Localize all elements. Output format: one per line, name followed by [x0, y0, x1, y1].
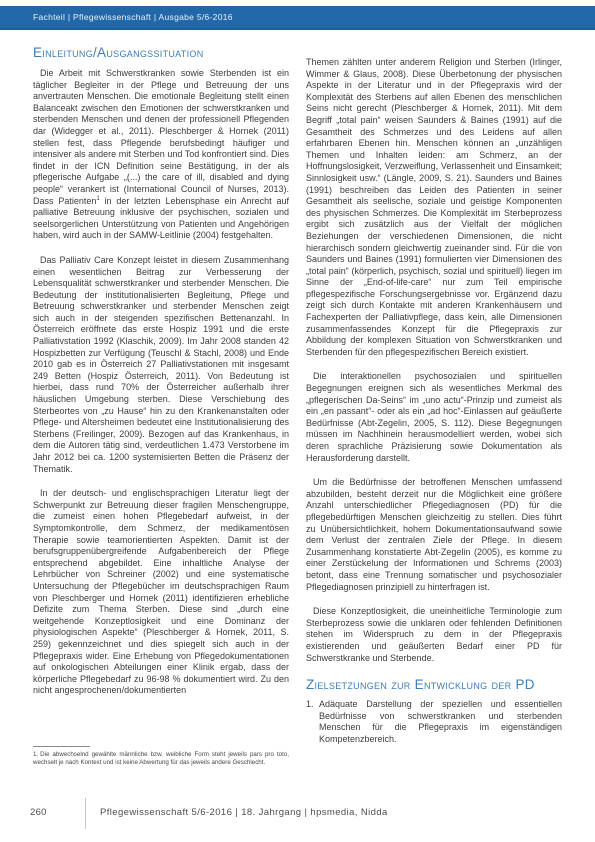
page-number: 260	[30, 807, 47, 818]
footnote: 1.Die abwechselnd gewählte männliche bzw…	[33, 746, 289, 767]
body-paragraph: Das Palliativ Care Konzept leistet in di…	[33, 255, 289, 475]
body-paragraph: Themen zählten unter anderem Religion un…	[306, 57, 562, 358]
body-paragraph: Die Arbeit mit Schwerstkranken sowie Ste…	[33, 68, 289, 242]
page-footer: 260 Pflegewissenschaft 5/6-2016 | 18. Ja…	[0, 798, 595, 830]
body-paragraph: Die interaktionellen psychosozialen und …	[306, 371, 562, 464]
footnote-text: Die abwechselnd gewählte männliche bzw. …	[33, 751, 289, 766]
issue-header-text: Fachteil | Pflegewissenschaft | Ausgabe …	[0, 6, 595, 28]
body-paragraph: In der deutsch- und englischsprachigen L…	[33, 488, 289, 697]
journal-page: Fachteil | Pflegewissenschaft | Ausgabe …	[0, 0, 595, 842]
body-paragraph: Diese Konzeptlosigkeit, die uneinheitlic…	[306, 606, 562, 664]
text-column-left: Einleitung/Ausgangssituation Die Arbeit …	[33, 45, 289, 745]
footnote-body: 1.Die abwechselnd gewählte männliche bzw…	[33, 751, 289, 767]
goal-number: 1.	[306, 699, 319, 745]
footer-divider	[85, 798, 86, 829]
goal-item: 1. Adäquate Darstellung der speziellen u…	[306, 699, 562, 745]
paragraph-text: Die Arbeit mit Schwerstkranken sowie Ste…	[33, 68, 289, 206]
footnote-divider	[33, 746, 90, 747]
issue-header-bar: Fachteil | Pflegewissenschaft | Ausgabe …	[0, 6, 595, 30]
section-heading-einleitung: Einleitung/Ausgangssituation	[33, 45, 289, 61]
section-heading-zielsetzungen: Zielsetzungen zur Entwicklung der PD	[306, 677, 562, 693]
goal-text: Adäquate Darstellung der speziellen und …	[319, 699, 562, 745]
body-paragraph: Um die Bedürfnisse der betroffenen Mensc…	[306, 477, 562, 593]
text-column-right: Themen zählten unter anderem Religion un…	[306, 57, 562, 797]
footer-journal-line: Pflegewissenschaft 5/6-2016 | 18. Jahrga…	[100, 807, 388, 818]
